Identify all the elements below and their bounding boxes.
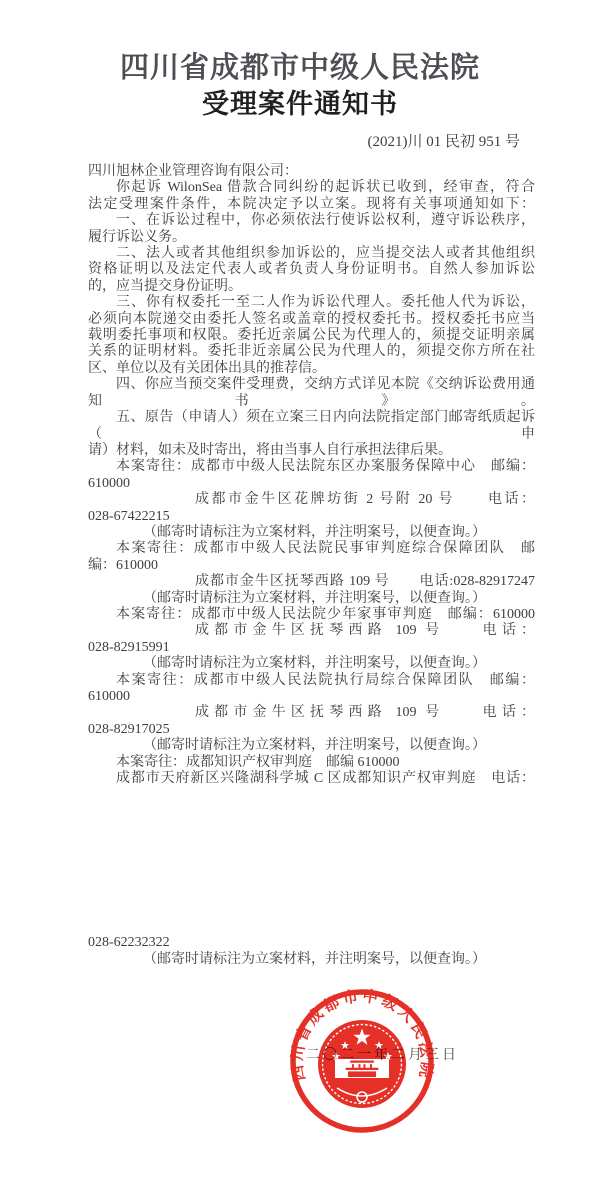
national-emblem-icon	[318, 1020, 406, 1108]
document-line: 法定受理案件条件，本院决定予以立案。现将有关事项通知如下：	[88, 197, 535, 213]
document-line: 关系的证明材料。委托非近亲属公民为代理人的，须提交你方所在社	[88, 344, 535, 360]
document-line: 编：610000	[88, 558, 535, 574]
court-name: 四川省成都市中级人民法院	[0, 0, 600, 86]
document-line: 履行诉讼义务。	[88, 230, 535, 246]
document-line: 028-82915991	[88, 640, 535, 656]
document-line: 的，应当提交身份证明。	[88, 279, 535, 295]
document-line: 成都市金牛区抚琴西路 109 号 电话:028-82917247	[88, 574, 535, 590]
case-number: (2021)川 01 民初 951 号	[0, 133, 600, 151]
document-line: 你起诉 WilonSea 借款合同纠纷的起诉状已收到，经审查，符合	[88, 180, 535, 196]
document-line: 本案寄往：成都市中级人民法院少年家事审判庭 邮编：610000	[88, 607, 535, 623]
document-line: 载明委托事项和权限。委托近亲属公民为代理人的，须提交证明亲属	[88, 328, 535, 344]
document-line: （邮寄时请标注为立案材料，并注明案号，以便查询。）	[88, 656, 535, 672]
document-line: 成都市天府新区兴隆湖科学城 C 区成都知识产权审判庭 电话：	[88, 771, 535, 787]
document-body: 四川旭林企业管理咨询有限公司：你起诉 WilonSea 借款合同纠纷的起诉状已收…	[0, 164, 600, 968]
document-line: 本案寄往：成都市中级人民法院民事审判庭综合保障团队 邮	[88, 541, 535, 557]
document-line: 四川旭林企业管理咨询有限公司：	[88, 164, 535, 180]
document-line: 三、你有权委托一至二人作为诉讼代理人。委托他人代为诉讼，	[88, 295, 535, 311]
document-line: 二、法人或者其他组织参加诉讼的，应当提交法人或者其他组织	[88, 246, 535, 262]
document-line: 区、单位以及有关团体出具的推荐信。	[88, 361, 535, 377]
document-line: 四、你应当预交案件受理费，交纳方式详见本院《交纳诉讼费用通知书》。	[88, 377, 535, 410]
document-line: 610000	[88, 689, 535, 705]
document-line: 成都市金牛区花牌坊街 2 号附 20 号 电话：	[88, 492, 535, 508]
document-line: 028-82917025	[88, 722, 535, 738]
court-seal: 四川省成都市中级人民法院	[289, 988, 435, 1134]
doc-title: 受理案件通知书	[0, 89, 600, 120]
document-line: 请）材料，如未及时寄出，将由当事人自行承担法律后果。	[88, 443, 535, 459]
document-line: 资格证明以及法定代表人或者负责人身份证明书。自然人参加诉讼	[88, 262, 535, 278]
document-line: 028-67422215	[88, 509, 535, 525]
document-line: 五、原告（申请人）须在立案三日内向法院指定部门邮寄纸质起诉（申	[88, 410, 535, 443]
document-line: （邮寄时请标注为立案材料，并注明案号，以便查询。）	[88, 738, 535, 754]
document-line: 本案寄往：成都知识产权审判庭 邮编 610000	[88, 755, 535, 771]
document-page: 四川省成都市中级人民法院 受理案件通知书 (2021)川 01 民初 951 号…	[0, 0, 600, 1203]
document-line: 610000	[88, 476, 535, 492]
document-line: （邮寄时请标注为立案材料，并注明案号，以便查询。）	[88, 952, 535, 968]
document-line: 一、在诉讼过程中，你必须依法行使诉讼权利，遵守诉讼秩序，	[88, 213, 535, 229]
document-line: 本案寄往：成都市中级人民法院东区办案服务保障中心 邮编：	[88, 459, 535, 475]
document-line: 成都市金牛区抚琴西路 109 号 电话：	[88, 623, 535, 639]
document-line: 本案寄往：成都市中级人民法院执行局综合保障团队 邮编：	[88, 673, 535, 689]
document-line: 必须向本院递交由委托人签名或盖章的授权委托书。授权委托书应当	[88, 312, 535, 328]
document-line: （邮寄时请标注为立案材料，并注明案号，以便查询。）	[88, 525, 535, 541]
document-line: 028-62232322	[88, 935, 535, 951]
document-line: 成都市金牛区抚琴西路 109 号 电话：	[88, 705, 535, 721]
document-line: （邮寄时请标注为立案材料，并注明案号，以便查询。）	[88, 591, 535, 607]
